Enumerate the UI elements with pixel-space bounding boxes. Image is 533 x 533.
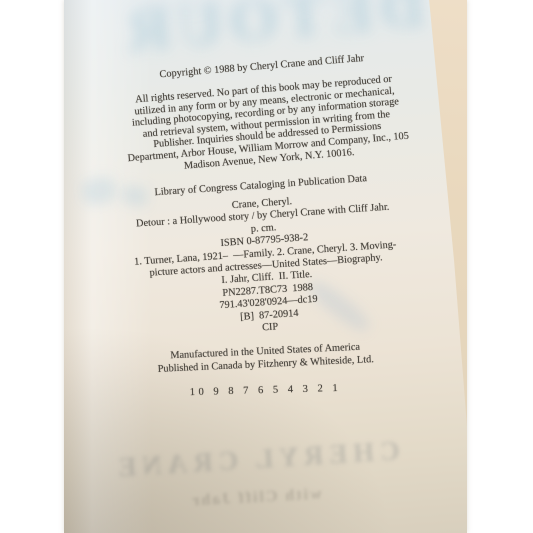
printing-number-line: 10 9 8 7 6 5 4 3 2 1	[64, 379, 467, 401]
cip-block: Crane, Cheryl. Detour : a Hollywood stor…	[61, 185, 472, 348]
book-product-photo: DETOUR Copyright © 1988 by Cheryl Crane …	[0, 0, 533, 533]
showthrough-author-text: CHERYL CRANE	[85, 434, 426, 486]
copyright-page: DETOUR Copyright © 1988 by Cheryl Crane …	[64, 0, 467, 533]
rights-paragraph: All rights reserved. No part of this boo…	[62, 68, 470, 181]
printing-number-section: 10 9 8 7 6 5 4 3 2 1	[64, 379, 467, 401]
showthrough-subtitle-text: with Cliff Jahr	[106, 481, 407, 515]
cataloging-section: Library of Congress Cataloging in Public…	[59, 167, 471, 348]
book-page-stack: DETOUR Copyright © 1988 by Cheryl Crane …	[64, 0, 467, 533]
